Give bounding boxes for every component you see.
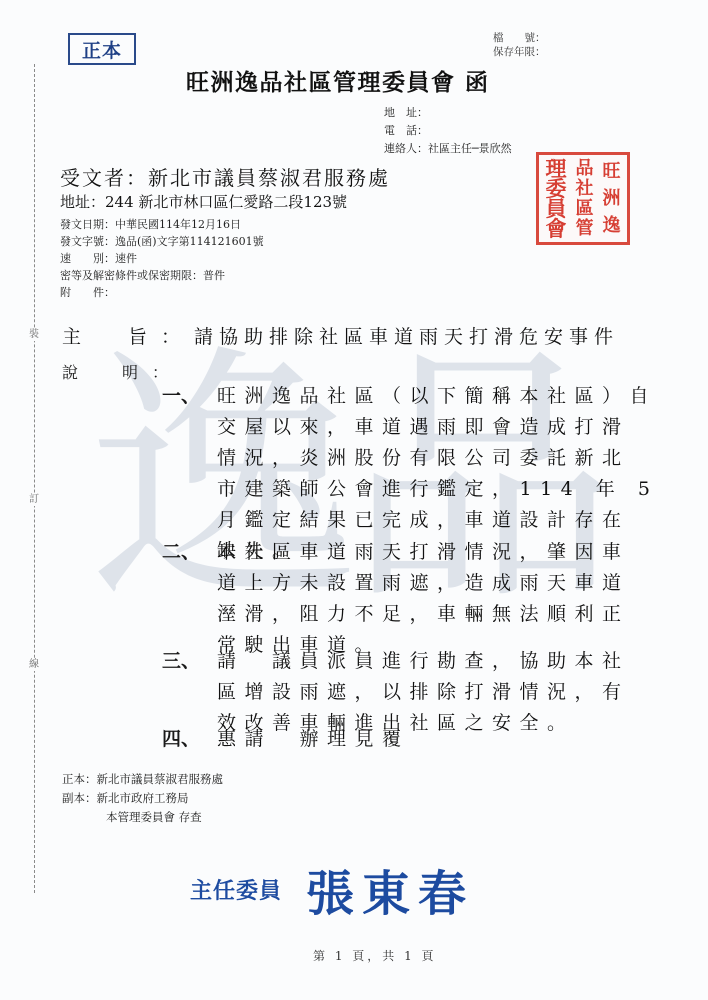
- contact-label: 連絡人：: [384, 142, 428, 155]
- recipient-label: 受文者：: [60, 166, 148, 190]
- recipient: 受文者：新北市議員蔡淑君服務處: [60, 162, 390, 191]
- classification: 密等及解密條件或保密期限：普件: [60, 267, 225, 283]
- retention-period-label: 保存年限：: [493, 44, 546, 59]
- file-number-label: 檔 號：: [493, 30, 546, 45]
- seal-char: 會: [546, 219, 567, 238]
- item-number: 四、: [162, 724, 200, 751]
- seal-char: 管: [576, 219, 594, 238]
- signature-title: 主任委員: [190, 879, 282, 904]
- sender-contact: 連絡人：社區主任─景欣然: [384, 140, 512, 156]
- file-copy: 本管理委員會 存查: [106, 809, 202, 825]
- delivery-speed: 速 別：速件: [60, 250, 137, 266]
- sender-address-label: 地 址：: [384, 104, 428, 120]
- seal-char: 委: [546, 179, 567, 198]
- attachment: 附 件：: [60, 284, 115, 300]
- binding-line: [34, 64, 35, 893]
- subject: 主 旨：請協助排除社區車道雨天打滑危安事件: [62, 322, 619, 349]
- original-copy-stamp: 正本: [68, 33, 136, 65]
- binding-mark-ding: 訂: [29, 494, 39, 506]
- seal-column-2: 品社區管: [576, 158, 594, 239]
- original-recipient: 正本：新北市議員蔡淑君服務處: [62, 771, 223, 787]
- item-number: 二、: [162, 537, 200, 564]
- seal-char: 逸: [603, 216, 621, 235]
- official-seal: 旺洲逸 品社區管 理委員會: [536, 152, 630, 245]
- seal-char: 社: [576, 179, 594, 198]
- seal-char: 理: [546, 159, 567, 178]
- seal-char: 員: [546, 199, 567, 218]
- recipient-name: 新北市議員蔡淑君服務處: [148, 166, 390, 190]
- signature-name: 張東春: [306, 866, 474, 922]
- sender-phone-label: 電 話：: [384, 122, 428, 138]
- subject-text: 請協助排除社區車道雨天打滑危安事件: [194, 326, 619, 348]
- binding-mark-zhuang: 裝: [29, 329, 39, 341]
- document-title: 旺洲逸品社區管理委員會 函: [186, 64, 490, 97]
- page-number: 第 1 頁，共 1 頁: [313, 947, 437, 964]
- item-number: 三、: [162, 646, 200, 673]
- item-number: 一、: [162, 381, 200, 408]
- recipient-address: 地址：244 新北市林口區仁愛路二段123號: [60, 191, 347, 212]
- seal-char: 區: [576, 199, 594, 218]
- subject-label: 主 旨：: [62, 326, 194, 348]
- seal-char: 洲: [603, 189, 621, 208]
- binding-mark-xian: 線: [29, 659, 39, 671]
- issue-date: 發文日期：中華民國114年12月16日: [60, 216, 241, 232]
- explanation-label: 說 明：: [62, 360, 182, 383]
- item-text: 惠請 辦理見覆: [217, 724, 667, 755]
- copy-recipient: 副本：新北市政府工務局: [62, 790, 189, 806]
- signature-block: 主任委員張東春: [190, 855, 474, 924]
- contact-value: 社區主任─景欣然: [428, 142, 512, 155]
- seal-char: 旺: [603, 162, 621, 181]
- seal-column-1: 旺洲逸: [603, 158, 621, 239]
- item-text: 本社區車道雨天打滑情況，肇因車 道上方未設置雨遮，造成雨天車道 溼滑，阻力不足，…: [217, 537, 667, 661]
- seal-column-3: 理委員會: [546, 158, 567, 239]
- seal-char: 品: [576, 159, 594, 178]
- document-number: 發文字號：逸品(函)文字第114121601號: [60, 233, 264, 249]
